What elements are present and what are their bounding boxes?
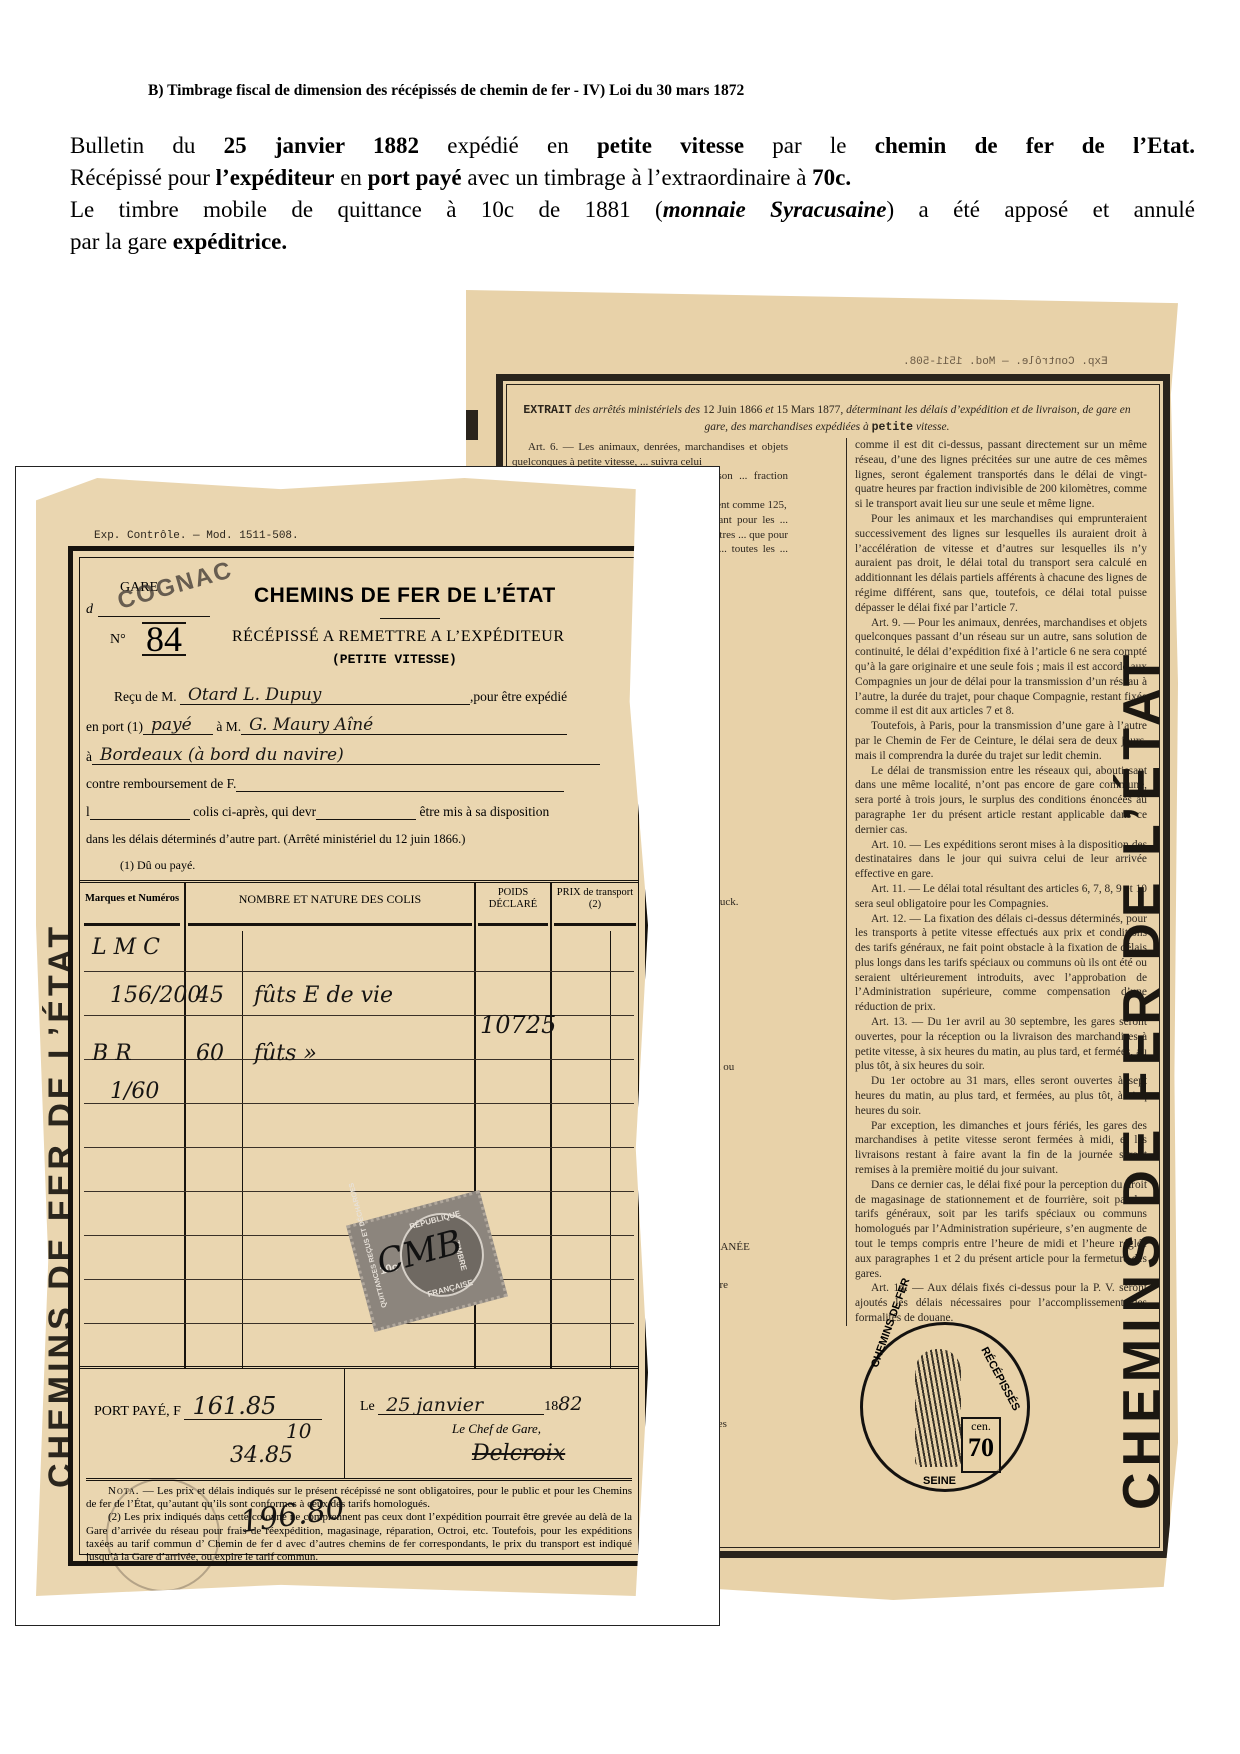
cod-row: contre remboursement de F. (86, 776, 632, 792)
text: avec un timbrage à l’extraordinaire à (462, 165, 813, 190)
port-label: en port (1) (86, 719, 143, 734)
text: Bulletin du (70, 133, 224, 158)
extrait-heading: EXTRAIT des arrêtés ministériels des 12 … (512, 402, 1142, 436)
regulations-right-column: comme il est dit ci-dessus, passant dire… (846, 438, 1147, 1326)
receipt-recto: CHEMINS DE FER DE L’ÉTAT Exp. Contrôle. … (36, 478, 648, 1596)
receipt-inner-frame: GARE COGNAC d CHEMINS DE FER DE L’ÉTAT N… (79, 557, 639, 1555)
nota-label: Nota. (108, 1485, 140, 1497)
extrait-label: EXTRAIT (523, 404, 571, 417)
row2-nombre: 60 (196, 1041, 224, 1066)
model-number: Exp. Contrôle. — Mod. 1511-508. (94, 530, 299, 542)
text: l (86, 804, 90, 819)
column-divider (610, 931, 611, 1369)
fiscal-handstamp-70c: CHEMINS DE FER RÉCÉPISSÉS cen. 70 SEINE (860, 1322, 1030, 1492)
date-row: Le 25 janvier1882 (360, 1393, 582, 1415)
text: des arrêtés ministériels des (572, 404, 703, 416)
article-11: Art. 11. — Le délai total résultant des … (855, 882, 1147, 912)
row2-numeros: 1/60 (110, 1079, 159, 1104)
blank (316, 819, 416, 820)
company-emphasis: chemin de fer de l’Etat. (875, 133, 1195, 158)
receipt-frame: GARE COGNAC d CHEMINS DE FER DE L’ÉTAT N… (68, 546, 650, 1566)
company-title: CHEMINS DE FER DE L’ÉTAT (254, 584, 556, 608)
date-emphasis: 25 janvier 1882 (224, 133, 419, 158)
text: Récépissé pour (70, 165, 216, 190)
destination-row: àBordeaux (à bord du navire) (86, 746, 632, 765)
port-paid-amount: 161.85 (184, 1393, 322, 1420)
stamp-unit: cen. (963, 1419, 999, 1433)
model-number-mirrored: Exp. Contrôle. — Mod. 1511-508. (903, 356, 1108, 368)
paragraph: comme il est dit ci-dessus, passant dire… (855, 438, 1147, 512)
stamp-value-box: cen. 70 (961, 1417, 1001, 1473)
text: expédié en (419, 133, 597, 158)
paragraph: Toutefois, à Paris, pour la transmission… (855, 719, 1147, 763)
allegory-figure-icon (915, 1349, 961, 1467)
ruled-line (84, 1191, 634, 1192)
port-paid-label: PORT PAYÉ, F (94, 1404, 181, 1419)
divider (380, 618, 440, 619)
header-rule (478, 923, 548, 926)
added-amount: 10 (286, 1419, 311, 1443)
nota-block: Nota. — Les prix et délais indiqués sur … (86, 1478, 632, 1564)
row2-marques: B R (92, 1041, 132, 1066)
row1-numeros: 156/200 (110, 983, 201, 1008)
text: petite (872, 421, 913, 434)
receipt-number: 84 (142, 622, 186, 656)
date-label: Le (360, 1399, 375, 1414)
date-value: 25 janvier (378, 1396, 544, 1415)
row2-nature: fûts » (254, 1041, 317, 1066)
number-label: N° (110, 632, 126, 648)
total-amount: 34.85 (230, 1443, 293, 1468)
colis-row: l colis ci-après, qui devr être mis à sa… (86, 804, 632, 820)
header-rule (188, 923, 472, 926)
text: en (334, 165, 367, 190)
blank (90, 819, 190, 820)
received-from-label: Reçu de M. (114, 689, 177, 704)
payment-section: PORT PAYÉ, F 161.85 10 34.85 Le 25 janvi… (80, 1366, 638, 1479)
year-value: 82 (558, 1393, 582, 1415)
header-marques: Marques et Numéros (84, 893, 180, 905)
text: vitesse. (913, 421, 949, 433)
column-divider (550, 883, 552, 1369)
year-prefix: 18 (544, 1399, 558, 1414)
port-emphasis: port payé (368, 165, 462, 190)
stamp-value: 70 (963, 1433, 999, 1463)
gare-line (98, 616, 210, 617)
article-10: Art. 10. — Les expéditions seront mises … (855, 838, 1147, 882)
paragraph: Du 1er octobre au 31 mars, elles seront … (855, 1074, 1147, 1118)
header-prix: PRIX de transport (2) (554, 887, 636, 911)
amount-emphasis: 70c. (812, 165, 851, 190)
port-paid-row: PORT PAYÉ, F 161.85 (94, 1393, 322, 1420)
vertical-company-banner: CHEMINS DE FER DE L’ÉTAT (1112, 410, 1172, 1510)
station-emphasis: expéditrice. (173, 229, 287, 254)
paragraph: Pour les animaux et les marchandises qui… (855, 512, 1147, 616)
ruled-line (84, 1323, 634, 1324)
ruled-line (84, 1279, 634, 1280)
text: par le (744, 133, 875, 158)
recipient-emphasis: l’expéditeur (216, 165, 335, 190)
text: Le timbre mobile de quittance à 10c de 1… (70, 197, 663, 222)
text: et (762, 404, 776, 416)
date: 15 Mars 1877 (776, 404, 840, 416)
nota-text-2: (2) Les prix indiqués dans cette colonne… (86, 1511, 632, 1564)
intro-line-2: Récépissé pour l’expéditeur en port payé… (70, 162, 1195, 194)
article-13: Art. 13. — Du 1er avril au 30 septembre,… (855, 1015, 1147, 1074)
article-12: Art. 12. — La fixation des délais ci-des… (855, 912, 1147, 1016)
date: 12 Juin 1866 (703, 404, 762, 416)
port-row: en port (1)payé à M.G. Maury Aîné (86, 716, 632, 735)
header-rule (84, 923, 180, 926)
destination-value: Bordeaux (à bord du navire) (92, 746, 600, 765)
stamp-type-emphasis: monnaie Syracusaine (663, 197, 887, 222)
service-type: (PETITE VITESSE) (332, 652, 457, 667)
stamp-department: SEINE (923, 1475, 956, 1487)
ruled-line (84, 1147, 634, 1148)
text: par la gare (70, 229, 173, 254)
station-master-signature: Delcroix (472, 1441, 565, 1466)
row1-marques: L M C (92, 935, 160, 960)
intro-line-1: Bulletin du 25 janvier 1882 expédié en p… (70, 130, 1195, 162)
column-divider (184, 883, 186, 1369)
header-poids: POIDS DÉCLARÉ (478, 887, 548, 911)
header-rule (554, 923, 636, 926)
received-from-row: Reçu de M. Otard L. Dupuy,pour être expé… (86, 686, 632, 705)
section-title: B) Timbrage fiscal de dimension des récé… (148, 82, 744, 100)
paragraph: Dans ce dernier cas, le délai fixé pour … (855, 1178, 1147, 1282)
sender-name: Otard L. Dupuy (180, 686, 470, 705)
intro-line-4: par la gare expéditrice. (70, 226, 1195, 258)
station-master-label: Le Chef de Gare, (452, 1421, 541, 1437)
paragraph: Par exception, les dimanches et jours fé… (855, 1119, 1147, 1178)
nota-text-1: — Les prix et délais indiqués sur le pré… (86, 1485, 632, 1510)
divider (344, 1369, 345, 1479)
ruled-line (84, 1059, 634, 1060)
goods-table: Marques et Numéros NOMBRE ET NATURE DES … (80, 880, 638, 1369)
ruled-line (84, 1103, 634, 1104)
station-stamp: COGNAC (114, 556, 236, 616)
intro-text: Bulletin du 25 janvier 1882 expédié en p… (70, 130, 1195, 258)
d-label: d (86, 602, 93, 618)
ruled-line (84, 971, 634, 972)
port-value: payé (143, 716, 213, 735)
to-label: à M. (216, 719, 241, 734)
row1-nature: fûts E de vie (254, 983, 393, 1008)
cod-label: contre remboursement de F. (86, 776, 236, 791)
text: être mis à sa disposition (419, 804, 549, 819)
document-title: RÉCÉPISSÉ A REMETTRE A L’EXPÉDITEUR (232, 628, 565, 646)
delivery-terms: dans les délais déterminés d’autre part.… (86, 832, 632, 847)
header-nombre-nature: NOMBRE ET NATURE DES COLIS (190, 893, 470, 905)
intro-line-3: Le timbre mobile de quittance à 10c de 1… (70, 194, 1195, 226)
column-divider (242, 931, 243, 1369)
service-emphasis: petite vitesse (597, 133, 744, 158)
cod-value (236, 791, 564, 792)
text: ,pour être expédié (470, 689, 567, 704)
article-9: Art. 9. — Pour les animaux, denrées, mar… (855, 616, 1147, 720)
row1-nombre: 45 (196, 983, 224, 1008)
consignee-name: G. Maury Aîné (241, 716, 567, 735)
paragraph: Art. 6. — Les animaux, denrées, marchand… (512, 440, 788, 469)
declared-weight: 10725 (480, 1011, 556, 1039)
footnote-1: (1) Dû ou payé. (120, 858, 195, 873)
text: colis ci-après, qui devr (193, 804, 316, 819)
paragraph: Le délai de transmission entre les résea… (855, 764, 1147, 838)
text: ) a été apposé et annulé (886, 197, 1195, 222)
